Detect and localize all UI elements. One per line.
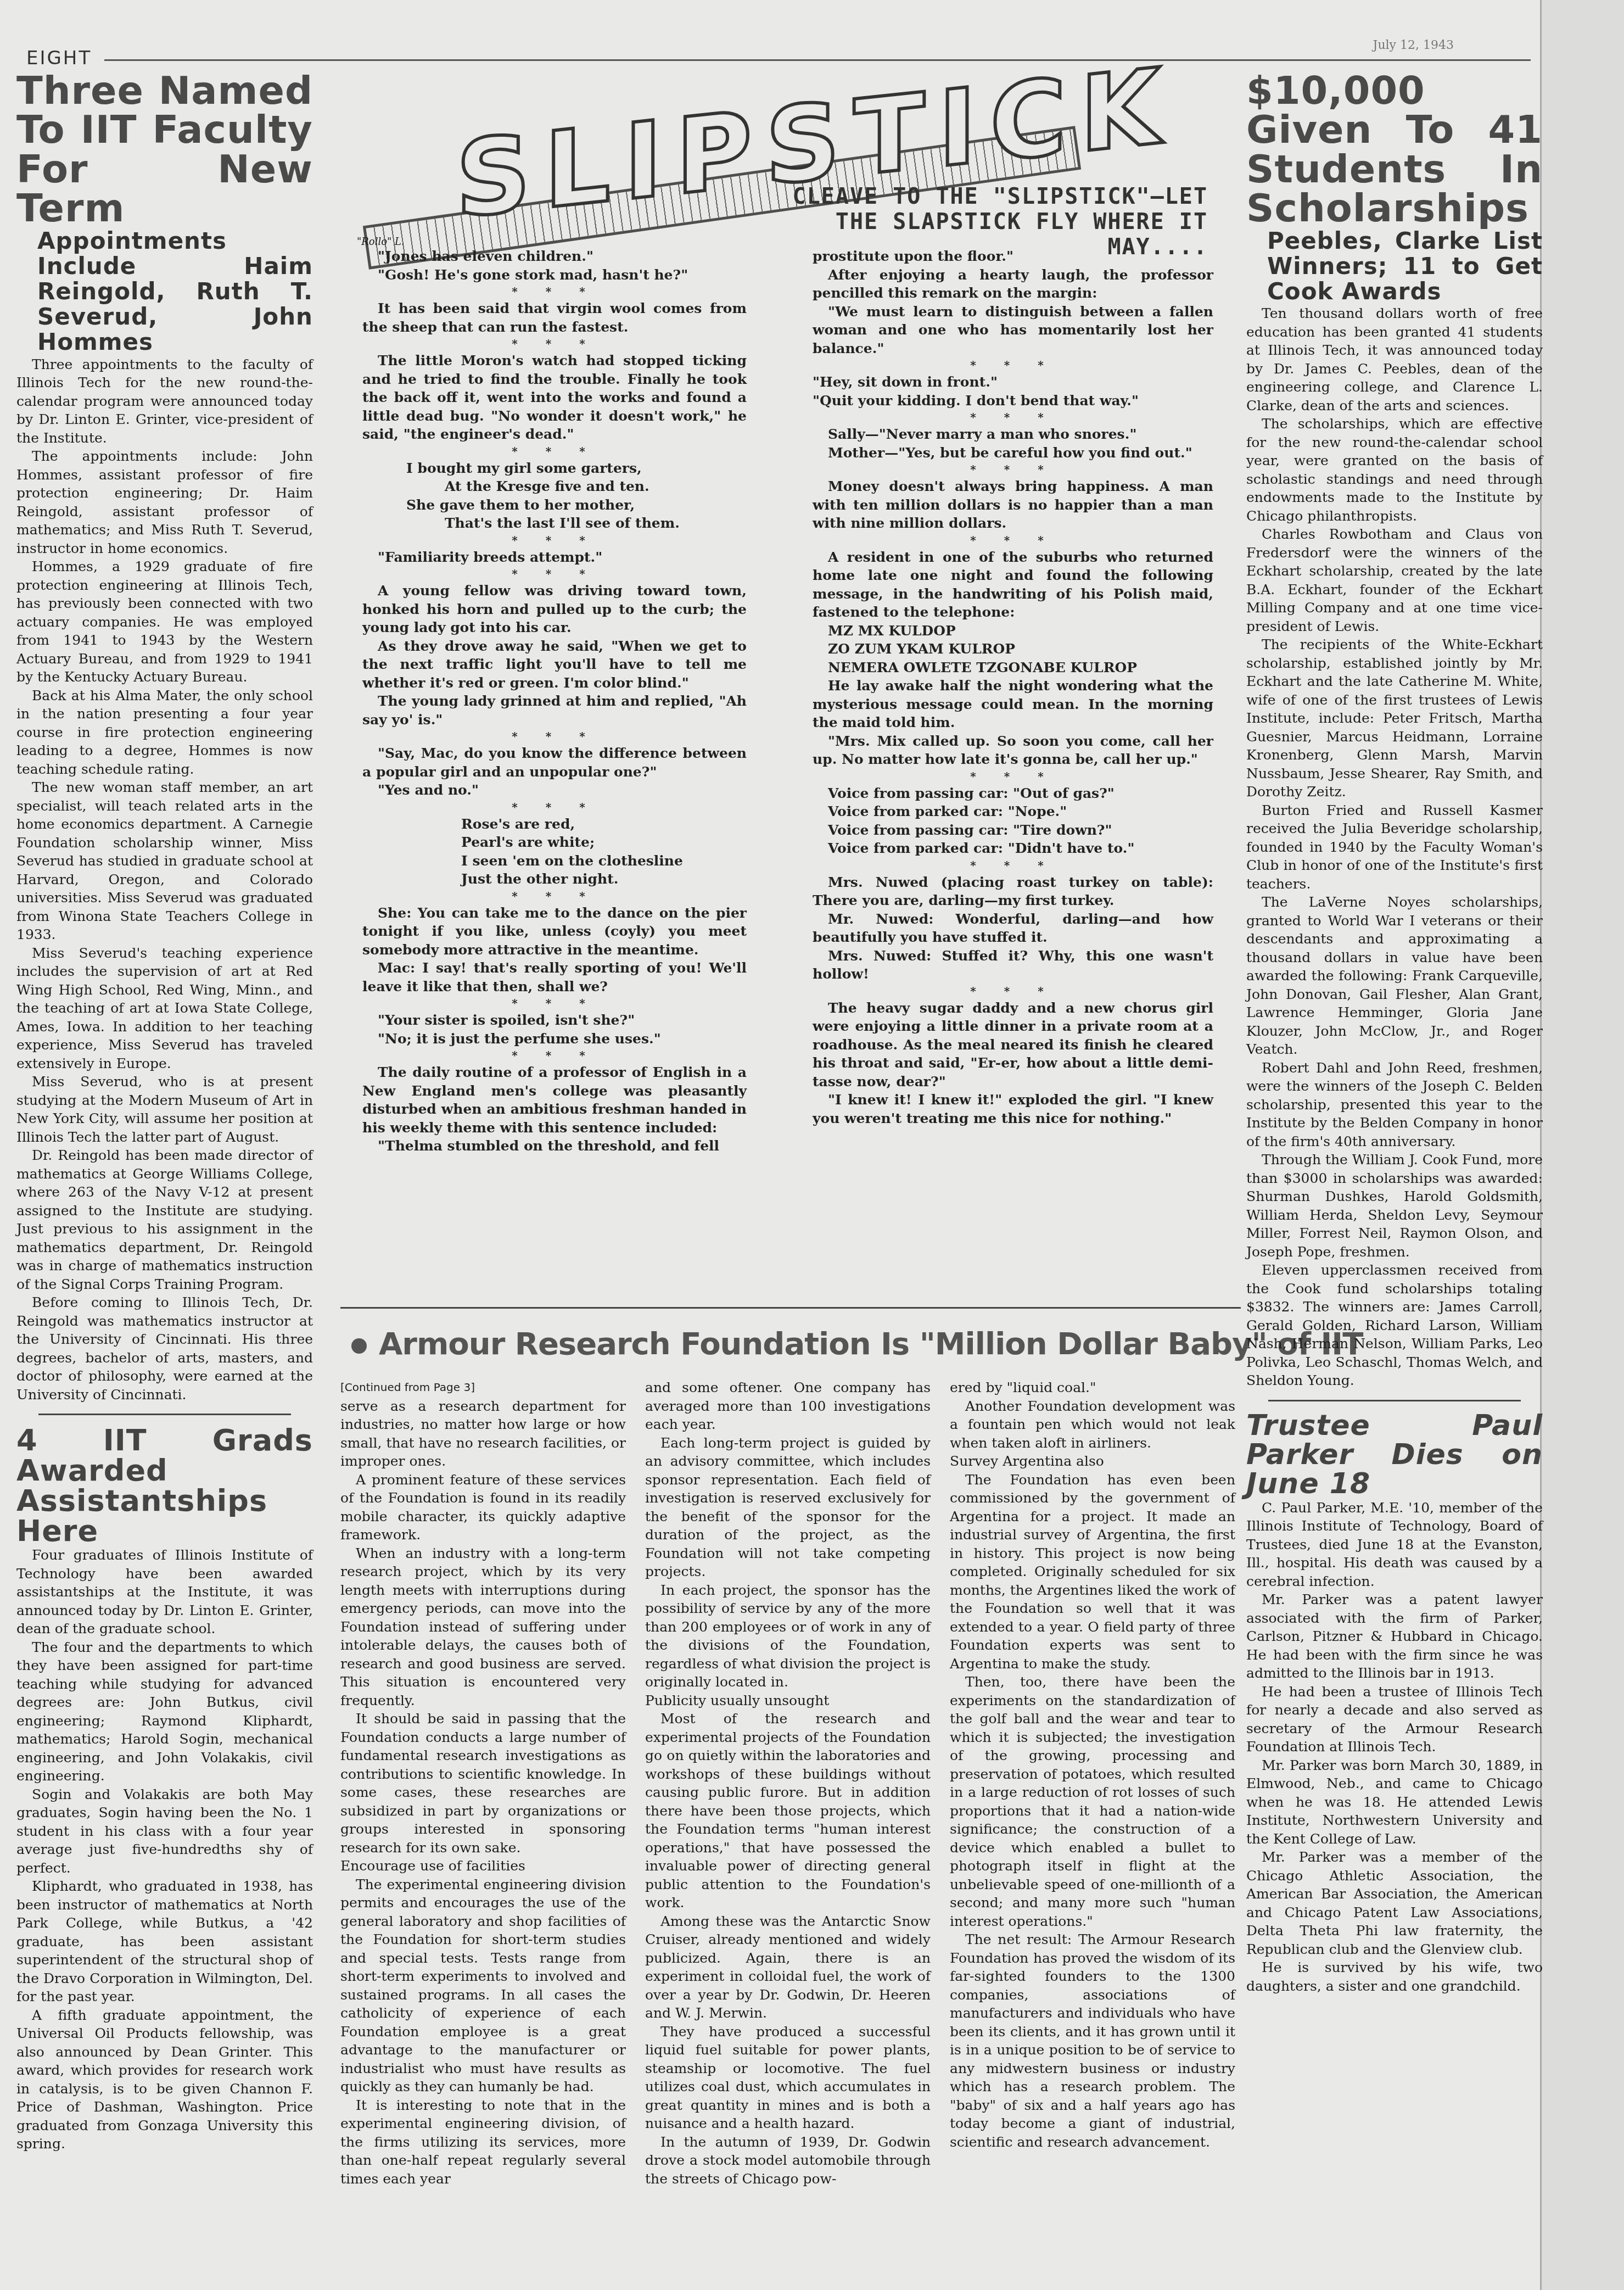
paragraph: serve as a research department for indus… — [340, 1397, 626, 1471]
right-column: $10,000 Given To 41 Students In Scholars… — [1246, 71, 1543, 1995]
paragraph: Hommes, a 1929 graduate of fire protecti… — [16, 557, 313, 686]
joke-line: prostitute upon the floor." — [813, 247, 1213, 266]
paragraph: Through the William J. Cook Fund, more t… — [1246, 1150, 1543, 1261]
joke-line: "Familiarity breeds attempt." — [362, 548, 747, 567]
joke-line: The heavy sugar daddy and a new chorus g… — [813, 999, 1213, 1091]
separator-stars: * * * — [362, 1048, 747, 1063]
paragraph: It should be said in passing that the Fo… — [340, 1710, 626, 1857]
joke-line: She: You can take me to the dance on the… — [362, 904, 747, 959]
paragraph: It is interesting to note that in the ex… — [340, 2096, 626, 2188]
armour-column-3: ered by "liquid coal." Another Foundatio… — [950, 1378, 1235, 2151]
joke-line: Sally—"Never marry a man who snores." — [813, 425, 1213, 444]
separator-stars: * * * — [362, 336, 747, 351]
grads-headline: 4 IIT Grads Awarded Assistantships Here — [16, 1425, 313, 1546]
paragraph: Miss Severud's teaching experience inclu… — [16, 944, 313, 1073]
separator-stars: * * * — [813, 410, 1213, 425]
verse-line: She gave them to her mother, — [362, 496, 747, 515]
newspaper-page: EIGHT July 12, 1943 Three Named To IIT F… — [0, 0, 1624, 2290]
separator-stars: * * * — [813, 769, 1213, 784]
paragraph: The LaVerne Noyes scholarships, granted … — [1246, 893, 1543, 1059]
joke-line: "Thelma stumbled on the threshold, and f… — [362, 1137, 747, 1155]
paragraph: The net result: The Armour Research Foun… — [950, 1930, 1235, 2151]
joke-line: "We must learn to distinguish between a … — [813, 303, 1213, 358]
paragraph: He is survived by his wife, two daughter… — [1246, 1958, 1543, 1995]
separator-stars: * * * — [813, 984, 1213, 999]
paragraph: C. Paul Parker, M.E. '10, member of the … — [1246, 1499, 1543, 1591]
paragraph: Robert Dahl and John Reed, freshmen, wer… — [1246, 1059, 1543, 1151]
separator-stars: * * * — [362, 800, 747, 815]
paragraph: Back at his Alma Mater, the only school … — [16, 686, 313, 779]
joke-line: "Hey, sit down in front." — [813, 373, 1213, 392]
armour-headline: Armour Research Foundation Is "Million D… — [351, 1326, 1363, 1362]
paragraph: Mr. Parker was a patent lawyer associate… — [1246, 1590, 1543, 1683]
verse-line: Pearl's are white; — [362, 833, 747, 852]
paragraph: In the autumn of 1939, Dr. Godwin drove … — [645, 2133, 931, 2188]
joke-line: "Gosh! He's gone stork mad, hasn't he?" — [362, 266, 747, 284]
maid-message-line: ZO ZUM YKAM KULROP — [813, 640, 1213, 658]
joke-line: Voice from passing car: "Tire down?" — [813, 821, 1213, 840]
left-column: Three Named To IIT Faculty For New Term … — [16, 71, 313, 2153]
joke-line: "Yes and no." — [362, 781, 747, 800]
joke-line: Mr. Nuwed: Wonderful, darling—and how be… — [813, 910, 1213, 947]
armour-column-2: and some oftener. One company has averag… — [645, 1378, 931, 2188]
paragraph: Before coming to Illinois Tech, Dr. Rein… — [16, 1293, 313, 1404]
paragraph: The recipients of the White-Eckhart scho… — [1246, 635, 1543, 801]
joke-line: The little Moron's watch had stopped tic… — [362, 351, 747, 444]
paragraph: Four graduates of Illinois Institute of … — [16, 1546, 313, 1638]
verse-line: Just the other night. — [362, 870, 747, 889]
separator-stars: * * * — [813, 858, 1213, 873]
paragraph: Dr. Reingold has been made director of m… — [16, 1146, 313, 1293]
slipstick-column-left: "Jones has eleven children." "Gosh! He's… — [362, 247, 747, 1155]
paragraph: Then, too, there have been the experimen… — [950, 1673, 1235, 1930]
joke-line: The daily routine of a professor of Engl… — [362, 1063, 747, 1137]
joke-line: Mrs. Nuwed: Stuffed it? Why, this one wa… — [813, 947, 1213, 984]
maid-message-line: MZ MX KULDOP — [813, 622, 1213, 640]
joke-line: After enjoying a hearty laugh, the profe… — [813, 266, 1213, 303]
verse-line: I seen 'em on the clothesline — [362, 852, 747, 870]
paragraph: The new woman staff member, an art speci… — [16, 778, 313, 944]
separator-stars: * * * — [362, 284, 747, 299]
separator-stars: * * * — [813, 462, 1213, 477]
issue-date: July 12, 1943 — [1373, 38, 1454, 52]
paragraph: Burton Fried and Russell Kasmer received… — [1246, 801, 1543, 893]
paragraph: Each long-term project is guided by an a… — [645, 1434, 931, 1581]
joke-line: A young fellow was driving toward town, … — [362, 582, 747, 637]
story-divider — [38, 1414, 291, 1415]
separator-stars: * * * — [362, 566, 747, 582]
paragraph: The experimental engineering division pe… — [340, 1875, 626, 2096]
verse-line: At the Kresge five and ten. — [362, 477, 747, 496]
joke-line: Voice from passing car: "Out of gas?" — [813, 784, 1213, 803]
joke-line: Voice from parked car: "Didn't have to." — [813, 839, 1213, 858]
joke-line: "Quit your kidding. I don't bend that wa… — [813, 392, 1213, 410]
verse-line: Rose's are red, — [362, 815, 747, 834]
separator-stars: * * * — [362, 889, 747, 904]
paragraph: The appointments include: John Hommes, a… — [16, 447, 313, 557]
paragraph: Kliphardt, who graduated in 1938, has be… — [16, 1877, 313, 2006]
separator-stars: * * * — [362, 444, 747, 459]
faculty-subhead: Appointments Include Haim Reingold, Ruth… — [16, 228, 313, 355]
joke-line: The young lady grinned at him and replie… — [362, 692, 747, 729]
paragraph: Another Foundation development was a fou… — [950, 1397, 1235, 1453]
paragraph: Miss Severud, who is at present studying… — [16, 1073, 313, 1146]
separator-stars: * * * — [813, 358, 1213, 373]
paragraph: Among these was the Antarctic Snow Cruis… — [645, 1912, 931, 2023]
scan-margin — [1542, 0, 1624, 2290]
joke-line: Mother—"Yes, but be careful how you find… — [813, 444, 1213, 462]
joke-line: "I knew it! I knew it!" exploded the gir… — [813, 1091, 1213, 1127]
slipstick-column-right: prostitute upon the floor." After enjoyi… — [813, 247, 1213, 1127]
joke-line: "Your sister is spoiled, isn't she?" — [362, 1011, 747, 1030]
subheading: Survey Argentina also — [950, 1452, 1235, 1471]
separator-stars: * * * — [362, 533, 747, 548]
paragraph: Sogin and Volakakis are both May graduat… — [16, 1785, 313, 1878]
bullet-icon — [351, 1338, 367, 1354]
separator-stars: * * * — [362, 996, 747, 1011]
verse-line: I bought my girl some garters, — [362, 459, 747, 478]
joke-line: "No; it is just the perfume she uses." — [362, 1030, 747, 1048]
paragraph: and some oftener. One company has averag… — [645, 1378, 931, 1434]
joke-line: Voice from parked car: "Nope." — [813, 802, 1213, 821]
joke-line: He lay awake half the night wondering wh… — [813, 677, 1213, 732]
armour-column-1: [Continued from Page 3] serve as a resea… — [340, 1378, 626, 2188]
paragraph: Ten thousand dollars worth of free educa… — [1246, 304, 1543, 415]
paragraph: Mr. Parker was a member of the Chicago A… — [1246, 1848, 1543, 1958]
paragraph: Most of the research and experimental pr… — [645, 1710, 931, 1912]
paragraph: They have produced a successful liquid f… — [645, 2023, 931, 2133]
separator-stars: * * * — [813, 533, 1213, 548]
header-rule — [104, 59, 1531, 61]
paragraph: A prominent feature of these services of… — [340, 1471, 626, 1544]
joke-line: "Mrs. Mix called up. So soon you come, c… — [813, 732, 1213, 769]
scholarship-headline: $10,000 Given To 41 Students In Scholars… — [1246, 71, 1543, 228]
artist-credit: "Rollo" L. — [357, 236, 405, 248]
story-divider — [1268, 1400, 1521, 1401]
continued-note: [Continued from Page 3] — [340, 1378, 626, 1397]
parker-headline: Trustee Paul Parker Dies on June 18 — [1246, 1411, 1543, 1499]
paragraph: Mr. Parker was born March 30, 1889, in E… — [1246, 1756, 1543, 1848]
paragraph: The four and the departments to which th… — [16, 1638, 313, 1785]
joke-line: Mac: I say! that's really sporting of yo… — [362, 959, 747, 996]
page-number: EIGHT — [26, 47, 92, 69]
paragraph: Charles Rowbotham and Claus von Fredersd… — [1246, 525, 1543, 635]
joke-line: "Say, Mac, do you know the difference be… — [362, 744, 747, 781]
faculty-headline: Three Named To IIT Faculty For New Term — [16, 71, 313, 228]
joke-line: Money doesn't always bring happiness. A … — [813, 477, 1213, 533]
joke-line: It has been said that virgin wool comes … — [362, 299, 747, 336]
separator-stars: * * * — [362, 729, 747, 744]
paragraph: The Foundation has even been commissione… — [950, 1471, 1235, 1673]
subheading: Encourage use of facilities — [340, 1857, 626, 1875]
paragraph: A fifth graduate appointment, the Univer… — [16, 2006, 313, 2153]
section-rule — [340, 1307, 1241, 1309]
maid-message-line: NEMERA OWLETE TZGONABE KULROP — [813, 658, 1213, 677]
paragraph: In each project, the sponsor has the pos… — [645, 1581, 931, 1691]
paragraph: He had been a trustee of Illinois Tech f… — [1246, 1683, 1543, 1756]
paragraph: The scholarships, which are effective fo… — [1246, 415, 1543, 525]
paragraph: ered by "liquid coal." — [950, 1378, 1235, 1397]
joke-line: A resident in one of the suburbs who ret… — [813, 548, 1213, 622]
joke-line: Mrs. Nuwed (placing roast turkey on tabl… — [813, 873, 1213, 910]
joke-line: "Jones has eleven children." — [362, 247, 747, 266]
paragraph: When an industry with a long-term resear… — [340, 1544, 626, 1710]
paragraph: Eleven upperclassmen received from the C… — [1246, 1261, 1543, 1390]
subheading: Publicity usually unsought — [645, 1691, 931, 1710]
paragraph: Three appointments to the faculty of Ill… — [16, 355, 313, 448]
scholarship-subhead: Peebles, Clarke List Winners; 11 to Get … — [1246, 228, 1543, 305]
slipstick-masthead: SLIPSTICK CLEAVE TO THE "SLIPSTICK"—LET … — [340, 71, 1241, 247]
joke-line: As they drove away he said, "When we get… — [362, 637, 747, 692]
armour-headline-text: Armour Research Foundation Is "Million D… — [379, 1326, 1363, 1362]
verse-line: That's the last I'll see of them. — [362, 514, 747, 533]
